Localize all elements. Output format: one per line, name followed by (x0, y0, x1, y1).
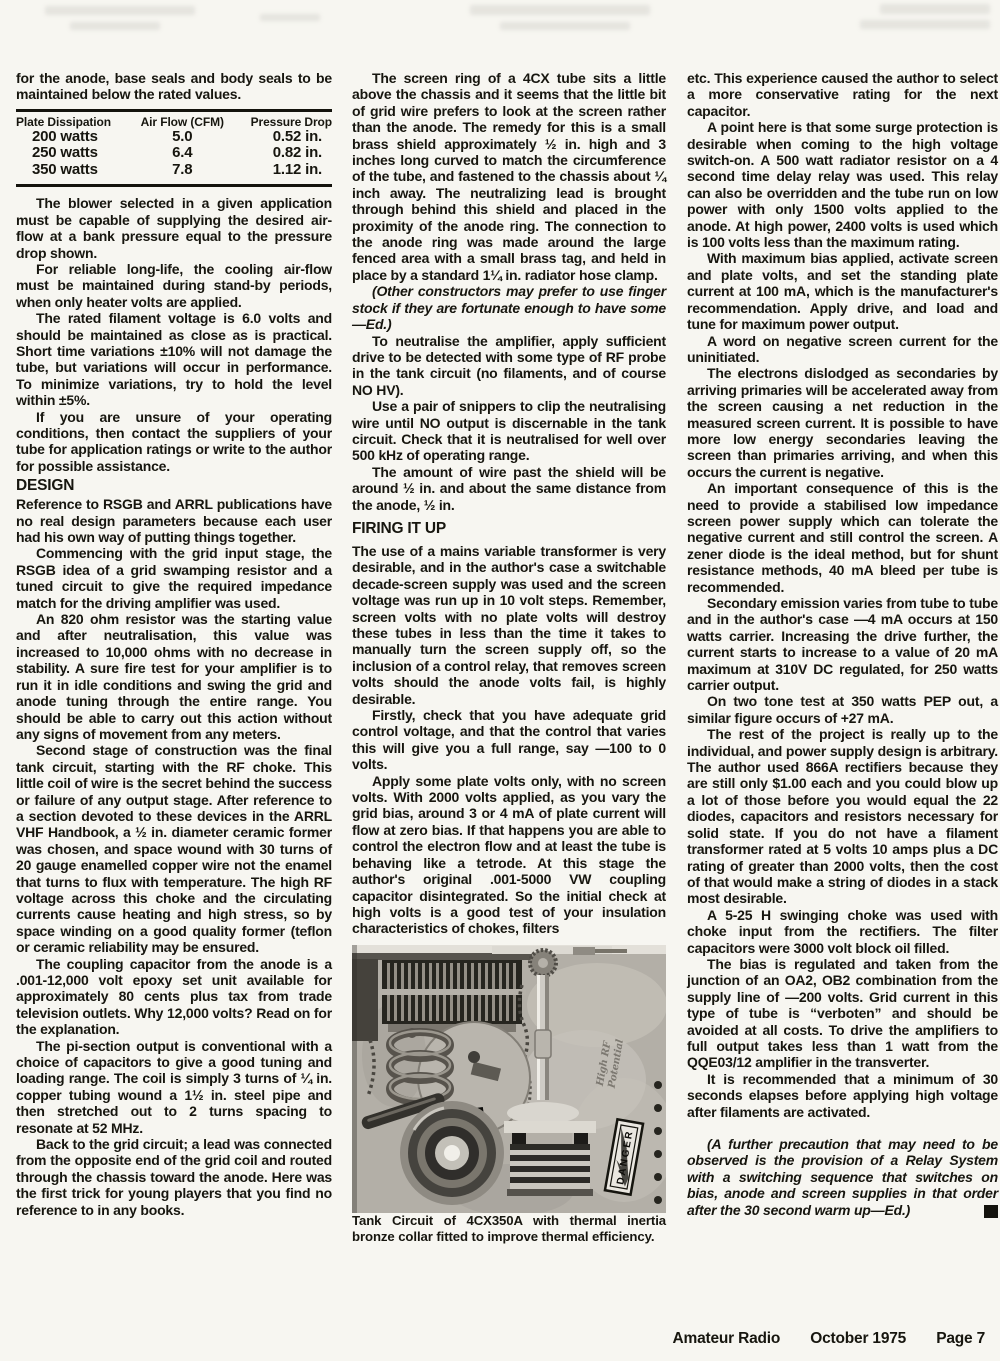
tank-circuit-photo: High RF Potential DANGER (352, 945, 666, 1213)
editor-note: (A further precaution that may need to b… (687, 1136, 998, 1218)
paragraph: The use of a mains variable transformer … (352, 543, 666, 707)
footer-page-number: Page 7 (936, 1330, 985, 1347)
paragraph: Secondary emission varies from tube to t… (687, 595, 998, 693)
column-1: for the anode, base seals and body seals… (16, 70, 332, 1218)
paragraph: Commencing with the grid input stage, th… (16, 545, 332, 611)
paragraph: An important consequence of this is the … (687, 480, 998, 595)
col-header-air-flow: Air Flow (CFM) (132, 110, 233, 129)
paragraph: The electrons dislodged as secondaries b… (687, 365, 998, 480)
cooling-spec-table: Plate Dissipation Air Flow (CFM) Pressur… (16, 109, 332, 188)
paragraph: The pi-section output is conventional wi… (16, 1038, 332, 1136)
paragraph: Second stage of construction was the fin… (16, 742, 332, 955)
table-row: 250 watts 6.4 0.82 in. (16, 145, 332, 162)
col-header-pressure-drop: Pressure Drop (233, 110, 332, 129)
paragraph: The blower selected in a given applicati… (16, 195, 332, 261)
paragraph: A point here is that some surge protecti… (687, 119, 998, 250)
section-heading-design: DESIGN (16, 477, 332, 495)
paragraph: The amount of wire past the shield will … (352, 464, 666, 513)
paragraph: It is recommended that a minimum of 30 s… (687, 1071, 998, 1120)
paragraph: Apply some plate volts only, with no scr… (352, 773, 666, 937)
paragraph: Back to the grid circuit; a lead was con… (16, 1136, 332, 1218)
paragraph: etc. This experience caused the author t… (687, 70, 998, 119)
col-header-plate-dissipation: Plate Dissipation (16, 110, 132, 129)
plate-capacitor-stack (504, 1121, 596, 1196)
paragraph: for the anode, base seals and body seals… (16, 70, 332, 103)
paragraph: Firstly, check that you have adequate gr… (352, 707, 666, 773)
footer-magazine-title: Amateur Radio (673, 1330, 781, 1347)
paragraph: The rated filament voltage is 6.0 volts … (16, 310, 332, 408)
table-row: 350 watts 7.8 1.12 in. (16, 162, 332, 186)
page-footer: Amateur Radio October 1975 Page 7 (673, 1330, 985, 1348)
4cx350a-tube (400, 1101, 504, 1205)
paragraph: For reliable long-life, the cooling air-… (16, 261, 332, 310)
magazine-page: for the anode, base seals and body seals… (0, 0, 1000, 1361)
section-heading-firing-it-up: FIRING IT UP (352, 520, 666, 538)
paragraph: With maximum bias applied, activate scre… (687, 250, 998, 332)
paragraph: On two tone test at 350 watts PEP out, a… (687, 693, 998, 726)
editor-note-text: (A further precaution that may need to b… (687, 1136, 998, 1218)
photo-caption: Tank Circuit of 4CX350A with thermal ine… (352, 1213, 666, 1246)
footer-issue-date: October 1975 (810, 1330, 906, 1347)
paragraph: The rest of the project is really up to … (687, 726, 998, 906)
paragraph: Use a pair of snippers to clip the neutr… (352, 398, 666, 464)
table-header-row: Plate Dissipation Air Flow (CFM) Pressur… (16, 110, 332, 129)
paragraph: To neutralise the amplifier, apply suffi… (352, 333, 666, 399)
column-3: etc. This experience caused the author t… (687, 70, 998, 1218)
paragraph: A 5-25 H swinging choke was used with ch… (687, 907, 998, 956)
paragraph: The coupling capacitor from the anode is… (16, 956, 332, 1038)
paragraph: If you are unsure of your operating cond… (16, 409, 332, 475)
column-2: The screen ring of a 4CX tube sits a lit… (352, 70, 666, 1246)
paragraph: Reference to RSGB and ARRL publications … (16, 496, 332, 545)
paragraph: The bias is regulated and taken from the… (687, 956, 998, 1071)
ghost-print-band (0, 0, 1000, 46)
paragraph: An 820 ohm resistor was the starting val… (16, 611, 332, 742)
paragraph: A word on negative screen current for th… (687, 333, 998, 366)
paragraph: The screen ring of a 4CX tube sits a lit… (352, 70, 666, 283)
table-row: 200 watts 5.0 0.52 in. (16, 129, 332, 146)
editor-note: (Other constructors may prefer to use fi… (352, 283, 666, 332)
end-of-article-marker (984, 1205, 998, 1218)
